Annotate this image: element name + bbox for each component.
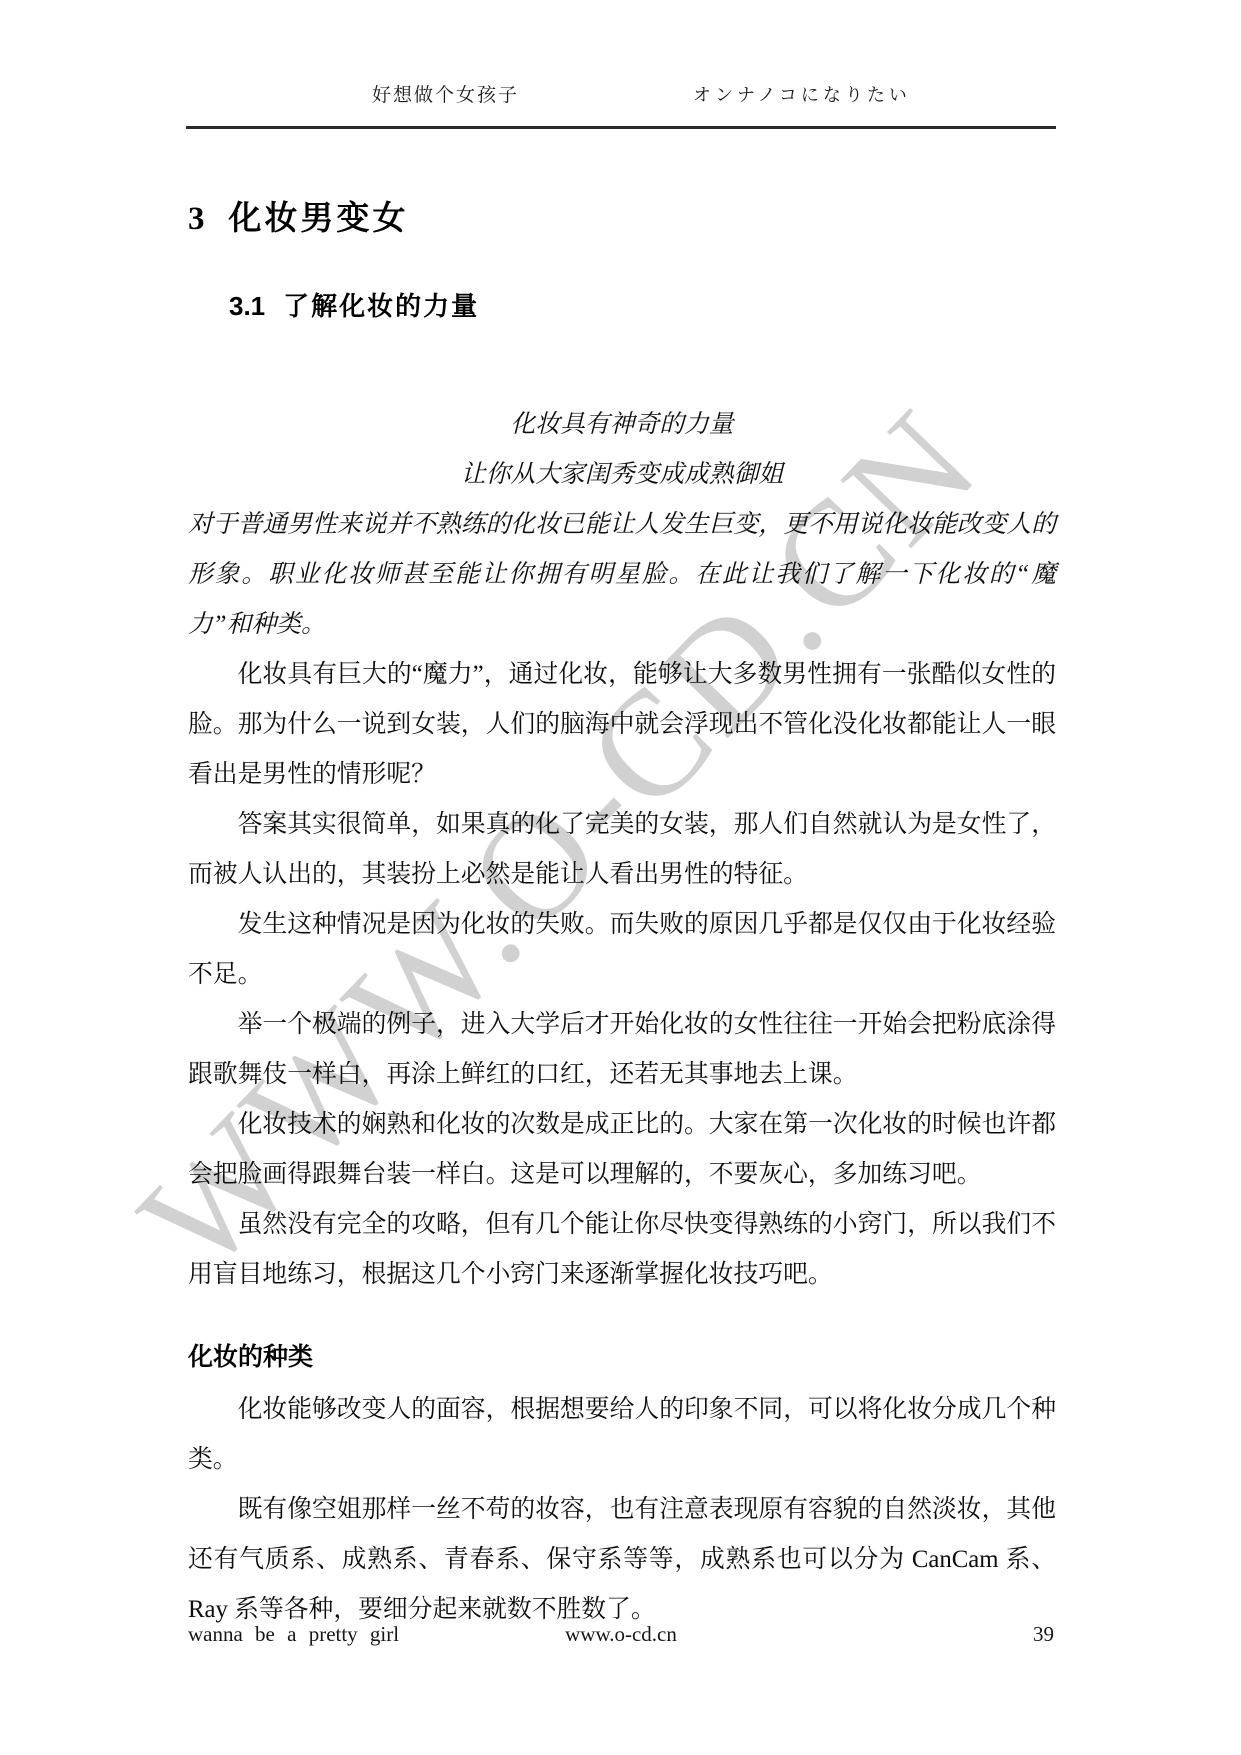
header-book-title: 好想做个女孩子 <box>372 80 519 107</box>
epigraph-line: 让你从大家闺秀变成成熟御姐 <box>188 450 1056 500</box>
footer-page-number: 39 <box>1033 1622 1054 1647</box>
epigraph-line: 化妆具有神奇的力量 <box>188 400 1056 450</box>
epigraph: 化妆具有神奇的力量让你从大家闺秀变成成熟御姐 <box>188 400 1056 500</box>
paragraph-group-2: 化妆能够改变人的面容，根据想要给人的印象不同，可以将化妆分成几个种类。既有像空姐… <box>188 1385 1056 1635</box>
footer-book-slogan: wanna be a pretty girl <box>188 1622 399 1647</box>
body-paragraph: 对于普通男性来说并不熟练的化妆已能让人发生巨变，更不用说化妆能改变人的形象。职业… <box>188 500 1056 650</box>
chapter-title-text: 化妆男变女 <box>229 201 409 237</box>
body-text-block: 化妆具有神奇的力量让你从大家闺秀变成成熟御姐 对于普通男性来说并不熟练的化妆已能… <box>188 400 1056 1635</box>
footer-website: www.o-cd.cn <box>565 1622 677 1647</box>
body-paragraph: 虽然没有完全的攻略，但有几个能让你尽快变得熟练的小窍门，所以我们不用盲目地练习，… <box>188 1200 1056 1300</box>
chapter-heading: 3化妆男变女 <box>188 192 409 239</box>
section-number: 3.1 <box>229 291 265 321</box>
subsection-heading: 化妆的种类 <box>188 1330 1056 1385</box>
body-paragraph: 化妆具有巨大的“魔力”，通过化妆，能够让大多数男性拥有一张酷似女性的脸。那为什么… <box>188 650 1056 800</box>
body-paragraph: 发生这种情况是因为化妆的失败。而失败的原因几乎都是仅仅由于化妆经验不足。 <box>188 900 1056 1000</box>
body-paragraph: 化妆能够改变人的面容，根据想要给人的印象不同，可以将化妆分成几个种类。 <box>188 1385 1056 1485</box>
document-page: WWW.O-CD.CN 好想做个女孩子 オンナノコになりたい 3化妆男变女 3.… <box>0 0 1241 1755</box>
page-footer: wanna be a pretty girl www.o-cd.cn 39 <box>188 1622 1054 1654</box>
body-paragraph: 举一个极端的例子，进入大学后才开始化妆的女性往往一开始会把粉底涂得跟歌舞伎一样白… <box>188 1000 1056 1100</box>
body-paragraph: 既有像空姐那样一丝不苟的妆容，也有注意表现原有容貌的自然淡妆，其他还有气质系、成… <box>188 1485 1056 1635</box>
paragraph-group-1: 对于普通男性来说并不熟练的化妆已能让人发生巨变，更不用说化妆能改变人的形象。职业… <box>188 500 1056 1300</box>
section-title-text: 了解化妆的力量 <box>283 291 479 321</box>
body-paragraph: 化妆技术的娴熟和化妆的次数是成正比的。大家在第一次化妆的时候也许都会把脸画得跟舞… <box>188 1100 1056 1200</box>
chapter-number: 3 <box>188 201 205 237</box>
body-paragraph: 答案其实很简单，如果真的化了完美的女装，那人们自然就认为是女性了，而被人认出的，… <box>188 800 1056 900</box>
header-rule <box>186 126 1056 129</box>
section-heading: 3.1了解化妆的力量 <box>229 286 479 323</box>
header-book-title-japanese: オンナノコになりたい <box>693 81 911 107</box>
